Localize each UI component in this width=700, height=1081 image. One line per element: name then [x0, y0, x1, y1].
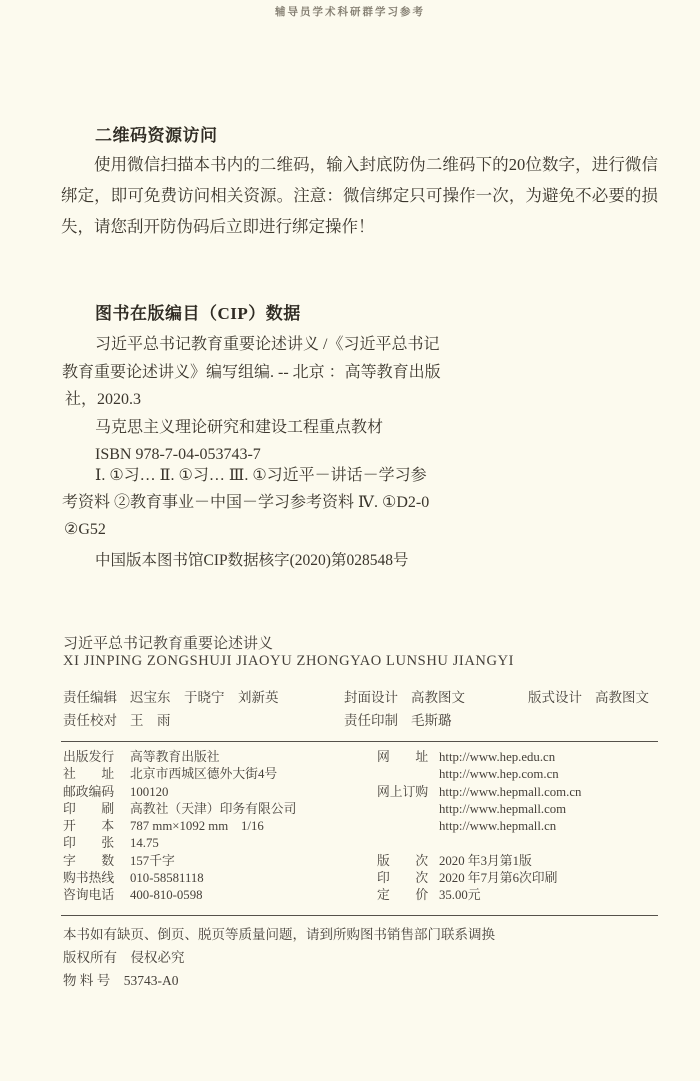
colophon-row: 字 数157千字 — [63, 853, 377, 870]
printer-name: 高教社（天津）印务有限公司 — [130, 801, 377, 818]
colophon-row: 社 址北京市西城区德外大街4号 — [63, 766, 377, 783]
online-store-url: http://www.hepmall.cn — [439, 818, 659, 835]
colophon-label: 开 本 — [63, 818, 130, 835]
credit-label: 责任校对 — [63, 709, 130, 732]
colophon-row: http://www.hep.com.cn — [377, 766, 659, 783]
credit-value: 高教图文 — [411, 686, 528, 709]
copyright-notice: 版权所有 侵权必究 — [63, 946, 659, 969]
colophon-row: 出版发行高等教育出版社 — [63, 749, 377, 766]
colophon-row: 开 本787 mm×1092 mm 1/16 — [63, 818, 377, 835]
credit-value: 毛斯璐 — [411, 709, 528, 732]
colophon-spacer-row — [377, 835, 659, 852]
colophon-row: 印 张14.75 — [63, 835, 377, 852]
credit-value: 高教图文 — [595, 686, 659, 709]
credits-row: 责任校对 王 雨 责任印制 毛斯璐 — [63, 709, 659, 732]
colophon-row: 购书热线010-58581118 — [63, 870, 377, 887]
colophon-right-column: 网 址http://www.hep.edu.cn http://www.hep.… — [377, 749, 659, 905]
colophon-label: 版 次 — [377, 853, 439, 870]
inquiry-phone: 400-810-0598 — [130, 887, 377, 904]
colophon-row: 印 次2020 年7月第6次印刷 — [377, 870, 659, 887]
sheet-count: 14.75 — [130, 835, 377, 852]
format-size: 787 mm×1092 mm 1/16 — [130, 818, 377, 835]
colophon-label: 印 次 — [377, 870, 439, 887]
credit-value: 王 雨 — [130, 709, 344, 732]
credit-label: 封面设计 — [344, 686, 411, 709]
quality-notice: 本书如有缺页、倒页、脱页等质量问题，请到所购图书销售部门联系调换 — [63, 923, 659, 946]
cip-catalog-number: 中国版本图书馆CIP数据核字(2020)第028548号 — [95, 548, 408, 570]
classification-line: ②G52 — [62, 516, 607, 543]
colophon-label: 网 址 — [377, 749, 439, 766]
cip-line: 教育重要论述讲义》编写组编. -- 北京 ：高等教育出版 — [62, 359, 607, 387]
colophon-table: 出版发行高等教育出版社 社 址北京市西城区德外大街4号 邮政编码100120 印… — [63, 749, 659, 905]
colophon-row: http://www.hepmall.com — [377, 801, 659, 818]
credit-value: 迟宝东 于晓宁 刘新英 — [130, 686, 344, 709]
colophon-label: 社 址 — [63, 766, 130, 783]
colophon-label: 定 价 — [377, 887, 439, 904]
website-url: http://www.hep.com.cn — [439, 766, 659, 783]
cip-line: 习近平总书记教育重要论述讲义 /《习近平总书记 — [62, 331, 607, 359]
book-title-pinyin: XI JINPING ZONGSHUJI JIAOYU ZHONGYAO LUN… — [63, 653, 514, 670]
cip-data-block: 习近平总书记教育重要论述讲义 /《习近平总书记 教育重要论述讲义》编写组编. -… — [62, 331, 607, 469]
colophon-row: 网 址http://www.hep.edu.cn — [377, 749, 659, 766]
postal-code: 100120 — [130, 784, 377, 801]
publisher-name: 高等教育出版社 — [130, 749, 377, 766]
colophon-label — [377, 801, 439, 818]
credit-label — [528, 709, 595, 732]
colophon-label: 网上订购 — [377, 784, 439, 801]
printing-info: 2020 年7月第6次印刷 — [439, 870, 659, 887]
footer-notes: 本书如有缺页、倒页、脱页等质量问题，请到所购图书销售部门联系调换 版权所有 侵权… — [63, 923, 659, 992]
divider-line — [61, 915, 658, 916]
colophon-row: 印 刷高教社（天津）印务有限公司 — [63, 801, 377, 818]
divider-line — [61, 741, 658, 742]
colophon-row: 咨询电话400-810-0598 — [63, 887, 377, 904]
page-header-note: 辅导员学术科研群学习参考 — [0, 4, 700, 19]
credit-value — [595, 709, 659, 732]
qr-section-body: 使用微信扫描本书内的二维码，输入封底防伪二维码下的20位数字，进行微信绑定，即可… — [61, 149, 658, 242]
colophon-left-column: 出版发行高等教育出版社 社 址北京市西城区德外大街4号 邮政编码100120 印… — [63, 749, 377, 905]
editorial-credits: 责任编辑 迟宝东 于晓宁 刘新英 封面设计 高教图文 版式设计 高教图文 责任校… — [63, 686, 659, 732]
colophon-label: 咨询电话 — [63, 887, 130, 904]
credits-row: 责任编辑 迟宝东 于晓宁 刘新英 封面设计 高教图文 版式设计 高教图文 — [63, 686, 659, 709]
colophon-label: 印 张 — [63, 835, 130, 852]
purchase-hotline: 010-58581118 — [130, 870, 377, 887]
credit-label: 责任编辑 — [63, 686, 130, 709]
colophon-label: 印 刷 — [63, 801, 130, 818]
material-number: 物 料 号 53743-A0 — [63, 969, 659, 992]
colophon-row: http://www.hepmall.cn — [377, 818, 659, 835]
colophon-label: 出版发行 — [63, 749, 130, 766]
colophon-row: 网上订购http://www.hepmall.com.cn — [377, 784, 659, 801]
classification-line: Ⅰ. ①习… Ⅱ. ①习… Ⅲ. ①习近平－讲话－学习参 — [62, 462, 607, 489]
cip-series-note: 马克思主义理论研究和建设工程重点教材 — [62, 414, 607, 442]
colophon-label — [377, 766, 439, 783]
website-url: http://www.hep.edu.cn — [439, 749, 659, 766]
cip-line: 社，2020.3 — [62, 386, 607, 414]
online-store-url: http://www.hepmall.com — [439, 801, 659, 818]
classification-line: 考资料 ②教育事业－中国－学习参考资料 Ⅳ. ①D2-0 — [62, 489, 607, 516]
colophon-label: 字 数 — [63, 853, 130, 870]
colophon-row: 定 价35.00元 — [377, 887, 659, 904]
cip-classification-block: Ⅰ. ①习… Ⅱ. ①习… Ⅲ. ①习近平－讲话－学习参 考资料 ②教育事业－中… — [62, 462, 607, 543]
price-info: 35.00元 — [439, 887, 659, 904]
book-title-chinese: 习近平总书记教育重要论述讲义 — [63, 632, 273, 653]
colophon-label — [377, 818, 439, 835]
credit-label: 版式设计 — [528, 686, 595, 709]
credit-label: 责任印制 — [344, 709, 411, 732]
colophon-label: 购书热线 — [63, 870, 130, 887]
word-count: 157千字 — [130, 853, 377, 870]
cip-section-heading: 图书在版编目（CIP）数据 — [95, 299, 301, 324]
colophon-label: 邮政编码 — [63, 784, 130, 801]
edition-info: 2020 年3月第1版 — [439, 853, 659, 870]
publisher-address: 北京市西城区德外大街4号 — [130, 766, 377, 783]
colophon-row: 邮政编码100120 — [63, 784, 377, 801]
qr-section-heading: 二维码资源访问 — [95, 121, 218, 146]
online-store-url: http://www.hepmall.com.cn — [439, 784, 659, 801]
copyright-page: 辅导员学术科研群学习参考 二维码资源访问 使用微信扫描本书内的二维码，输入封底防… — [0, 0, 700, 1081]
colophon-row: 版 次2020 年3月第1版 — [377, 853, 659, 870]
